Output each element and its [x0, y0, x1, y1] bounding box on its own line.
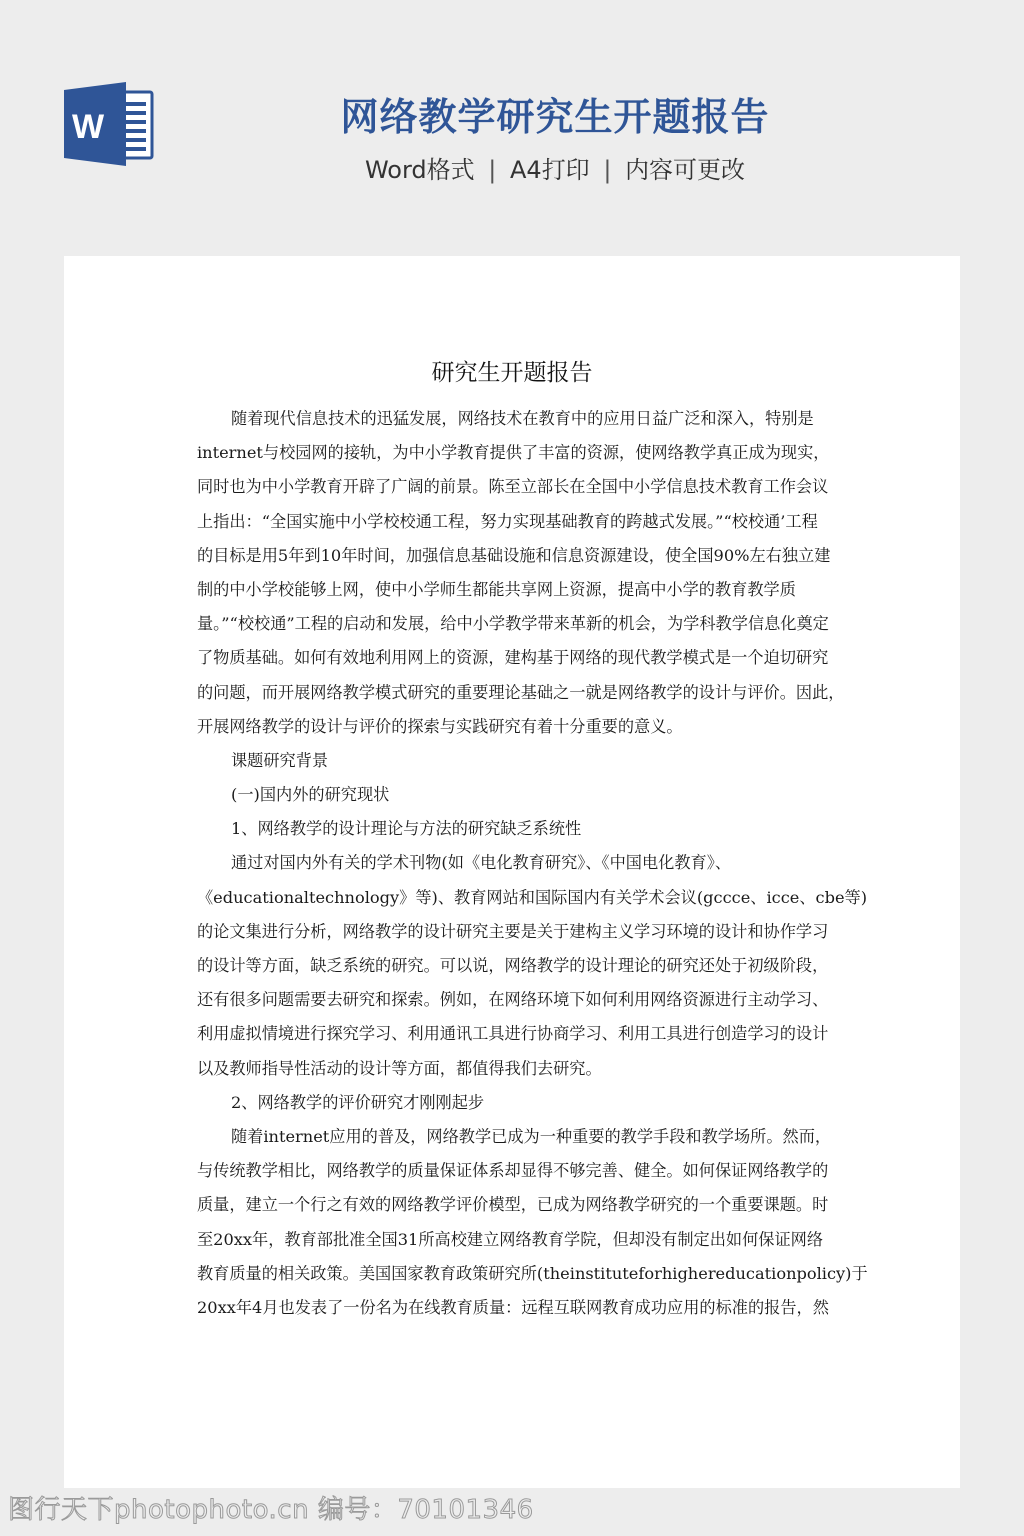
document-line: 还有很多问题需要去研究和探索。例如，在网络环境下如何利用网络资源进行主动学习、	[197, 983, 897, 1017]
document-title: 研究生开题报告	[64, 356, 960, 390]
document-line: 教育质量的相关政策。美国国家教育政策研究所(theinstituteforhig…	[197, 1257, 897, 1291]
document-line: 的问题，而开展网络教学模式研究的重要理论基础之一就是网络教学的设计与评价。因此，	[197, 676, 897, 710]
document-line: 的目标是用5年到10年时间，加强信息基础设施和信息资源建设，使全国90%左右独立…	[197, 539, 897, 573]
document-page: 研究生开题报告 随着现代信息技术的迅猛发展，网络技术在教育中的应用日益广泛和深入…	[64, 256, 960, 1488]
document-line: 开展网络教学的设计与评价的探索与实践研究有着十分重要的意义。	[197, 710, 897, 744]
document-line: 1、网络教学的设计理论与方法的研究缺乏系统性	[197, 812, 897, 846]
document-line: internet与校园网的接轨，为中小学教育提供了丰富的资源，使网络教学真正成为…	[197, 436, 897, 470]
word-doc-icon: W	[64, 82, 156, 166]
document-line: 通过对国内外有关的学术刊物(如《电化教育研究》、《中国电化教育》、	[197, 846, 897, 880]
header-banner: W 网络教学研究生开题报告 Word格式 | A4打印 | 内容可更改	[0, 0, 1024, 256]
subtitle-print: A4打印	[510, 156, 590, 184]
subtitle-format: Word格式	[365, 156, 475, 184]
subtitle-editable: 内容可更改	[625, 156, 745, 184]
watermark-text: 图行天下photophoto.cn 编号：70101346	[8, 1492, 534, 1528]
document-line: 与传统教学相比，网络教学的质量保证体系却显得不够完善、健全。如何保证网络教学的	[197, 1154, 897, 1188]
svg-text:W: W	[72, 108, 105, 146]
document-line: 20xx年4月也发表了一份名为在线教育质量：远程互联网教育成功应用的标准的报告，…	[197, 1291, 897, 1325]
document-line: 2、网络教学的评价研究才刚刚起步	[197, 1086, 897, 1120]
document-line: 课题研究背景	[197, 744, 897, 778]
document-line: 量。”“校校通”工程的启动和发展，给中小学教学带来革新的机会，为学科教学信息化奠…	[197, 607, 897, 641]
document-line: 利用虚拟情境进行探究学习、利用通讯工具进行协商学习、利用工具进行创造学习的设计	[197, 1017, 897, 1051]
subtitle-separator: |	[603, 156, 611, 184]
banner-subtitle: Word格式 | A4打印 | 内容可更改	[250, 152, 860, 188]
document-line: 以及教师指导性活动的设计等方面，都值得我们去研究。	[197, 1052, 897, 1086]
document-body: 随着现代信息技术的迅猛发展，网络技术在教育中的应用日益广泛和深入，特别是inte…	[197, 402, 897, 1325]
document-line: 质量，建立一个行之有效的网络教学评价模型，已成为网络教学研究的一个重要课题。时	[197, 1188, 897, 1222]
document-line: 的论文集进行分析，网络教学的设计研究主要是关于建构主义学习环境的设计和协作学习	[197, 915, 897, 949]
document-line: 制的中小学校能够上网，使中小学师生都能共享网上资源，提高中小学的教育教学质	[197, 573, 897, 607]
document-line: (一)国内外的研究现状	[197, 778, 897, 812]
document-line: 的设计等方面，缺乏系统的研究。可以说，网络教学的设计理论的研究还处于初级阶段，	[197, 949, 897, 983]
document-line: 上指出：“全国实施中小学校校通工程，努力实现基础教育的跨越式发展。”“校校通’工…	[197, 505, 897, 539]
document-line: 至20xx年，教育部批准全国31所高校建立网络教育学院，但却没有制定出如何保证网…	[197, 1223, 897, 1257]
banner-title: 网络教学研究生开题报告	[250, 92, 860, 142]
document-line: 随着现代信息技术的迅猛发展，网络技术在教育中的应用日益广泛和深入，特别是	[197, 402, 897, 436]
document-line: 了物质基础。如何有效地利用网上的资源，建构基于网络的现代教学模式是一个迫切研究	[197, 641, 897, 675]
subtitle-separator: |	[488, 156, 496, 184]
document-line: 同时也为中小学教育开辟了广阔的前景。陈至立部长在全国中小学信息技术教育工作会议	[197, 470, 897, 504]
document-line: 《educationaltechnology》等)、教育网站和国际国内有关学术会…	[197, 881, 897, 915]
document-line: 随着internet应用的普及，网络教学已成为一种重要的教学手段和教学场所。然而…	[197, 1120, 897, 1154]
